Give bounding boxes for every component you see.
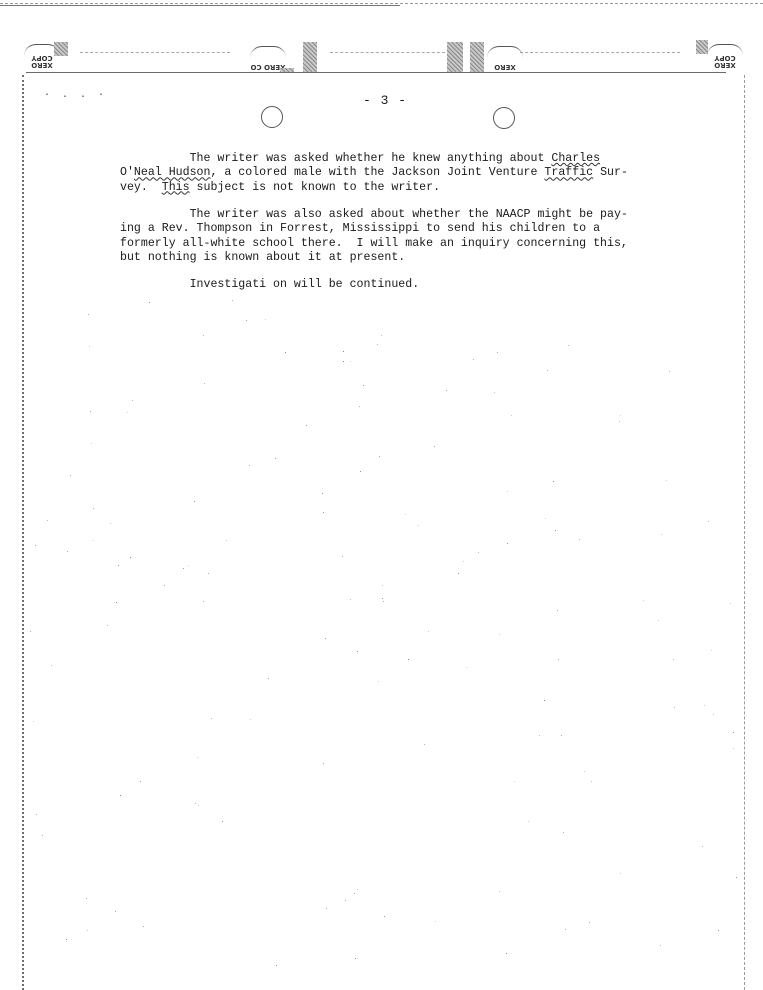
scan-speck xyxy=(661,534,662,535)
underlined-text: Charles xyxy=(551,152,600,165)
scan-speck xyxy=(408,659,409,660)
scan-speck xyxy=(326,908,327,909)
scan-speck xyxy=(507,491,508,492)
scan-speck xyxy=(116,602,117,603)
text-run: The writer was asked whether he knew any… xyxy=(120,152,551,165)
stamp-shading xyxy=(54,42,68,56)
scan-speck xyxy=(591,781,592,782)
text-line: O'Neal Hudson, a colored male with the J… xyxy=(120,166,628,180)
xerox-copy-stamp-right: XERO COPY xyxy=(707,44,743,70)
text-line: formerly all-white school there. I will … xyxy=(120,237,628,251)
scan-speck xyxy=(733,732,734,733)
text-run: O' xyxy=(120,166,134,179)
scan-speck xyxy=(620,873,621,874)
scan-speck xyxy=(418,525,419,526)
scan-speck xyxy=(130,557,131,558)
scan-speck xyxy=(268,678,269,679)
text-run: subject is not known to the writer. xyxy=(190,181,440,194)
scan-speck xyxy=(381,335,382,336)
paragraph-3: Investigati on will be continued. xyxy=(120,278,419,292)
scan-speck xyxy=(249,465,250,466)
scan-speck xyxy=(120,795,121,796)
stamp-shading xyxy=(696,40,708,54)
text-line: ing a Rev. Thompson in Forrest, Mississi… xyxy=(120,222,628,236)
scan-speck xyxy=(708,521,709,522)
scan-speck xyxy=(547,370,548,371)
scan-speck xyxy=(127,412,128,413)
scan-speck xyxy=(343,361,344,362)
scan-speck xyxy=(718,930,719,931)
scan-speck xyxy=(458,573,459,574)
scan-speck xyxy=(47,520,48,521)
text-line: The writer was asked whether he knew any… xyxy=(120,152,628,166)
scan-speck xyxy=(620,415,621,416)
scan-speck xyxy=(198,805,199,806)
scan-speck xyxy=(208,573,209,574)
scan-speck xyxy=(149,302,150,303)
scan-speck xyxy=(506,953,507,954)
scan-speck xyxy=(164,585,165,586)
scan-speck xyxy=(384,916,385,917)
scan-speck xyxy=(711,650,712,651)
scan-speck xyxy=(730,603,731,604)
scan-speck xyxy=(322,493,323,494)
scan-speck xyxy=(143,926,144,927)
scan-speck xyxy=(355,958,356,959)
scan-speck xyxy=(545,518,546,519)
scan-speck xyxy=(350,361,351,362)
header-marks: · . . · xyxy=(44,90,107,101)
text-run: ing a Rev. Thompson in Forrest, Mississi… xyxy=(120,222,600,235)
scan-speck xyxy=(704,705,705,706)
scan-speck xyxy=(89,346,90,347)
scan-speck xyxy=(561,735,562,736)
scan-speck xyxy=(246,320,247,321)
scan-speck xyxy=(93,508,94,509)
scan-speck xyxy=(91,443,92,444)
scan-speck xyxy=(584,771,585,772)
scan-speck xyxy=(377,344,378,345)
scan-speck xyxy=(33,721,34,722)
scan-speck xyxy=(343,351,344,352)
scan-speck xyxy=(379,456,380,457)
document-body: The writer was asked whether he knew any… xyxy=(120,0,660,71)
underlined-text: This xyxy=(162,181,190,194)
scan-speck xyxy=(478,552,479,553)
scan-speck xyxy=(446,390,447,391)
text-run: but nothing is known about it at present… xyxy=(120,251,405,264)
scan-speck xyxy=(359,406,360,407)
scan-speck xyxy=(275,458,276,459)
scan-speck xyxy=(558,659,559,660)
text-run: formerly all-white school there. I will … xyxy=(120,237,628,250)
scan-speck xyxy=(203,335,204,336)
scan-speck xyxy=(736,877,737,878)
scan-speck xyxy=(30,631,31,632)
scan-speck xyxy=(197,757,198,758)
right-margin-border xyxy=(744,75,745,990)
header-rule xyxy=(26,72,726,73)
scan-speck xyxy=(497,352,498,353)
scan-speck xyxy=(733,748,734,749)
scan-speck xyxy=(363,385,364,386)
scan-speck xyxy=(555,530,556,531)
scan-speck xyxy=(222,821,223,822)
underlined-text: Neal Hudson xyxy=(134,166,211,179)
scan-speck xyxy=(342,556,343,557)
scan-speck xyxy=(325,638,326,639)
scan-speck xyxy=(643,600,644,601)
scan-speck xyxy=(285,352,286,353)
scan-speck xyxy=(115,911,116,912)
scan-speck xyxy=(378,681,379,682)
scan-speck xyxy=(323,512,324,513)
scan-speck xyxy=(42,835,43,836)
scan-speck xyxy=(183,568,184,569)
scan-speck xyxy=(110,523,111,524)
scan-speck xyxy=(539,735,540,736)
scan-speck xyxy=(702,846,703,847)
text-line: vey. This subject is not known to the wr… xyxy=(120,181,628,195)
scan-speck xyxy=(188,565,189,566)
text-run: , a colored male with the Jackson Joint … xyxy=(210,166,544,179)
scan-speck xyxy=(579,539,580,540)
scan-speck xyxy=(194,501,195,502)
scan-speck xyxy=(203,601,204,602)
text-run: Sur- xyxy=(593,166,628,179)
scan-speck xyxy=(660,945,661,946)
page-number: - 3 - xyxy=(363,93,407,108)
scan-speck xyxy=(211,718,212,719)
scan-speck xyxy=(511,415,512,416)
scan-speck xyxy=(565,929,566,930)
paragraph-2: The writer was also asked about whether … xyxy=(120,208,628,265)
scan-speck xyxy=(306,425,307,426)
scan-speck xyxy=(669,371,670,372)
scan-speck xyxy=(544,700,545,701)
scan-speck xyxy=(568,345,569,346)
scan-speck xyxy=(619,421,620,422)
text-line: but nothing is known about it at present… xyxy=(120,251,628,265)
paragraph-1: The writer was asked whether he knew any… xyxy=(120,152,628,195)
scan-speck xyxy=(36,814,37,815)
scan-speck xyxy=(424,744,425,745)
scan-speck xyxy=(51,665,52,666)
scan-speck xyxy=(118,565,119,566)
scan-speck xyxy=(86,898,87,899)
scan-speck xyxy=(658,620,659,621)
text-run: The writer was also asked about whether … xyxy=(120,208,628,221)
scan-speck xyxy=(434,446,435,447)
scan-speck xyxy=(87,930,88,931)
scan-speck xyxy=(553,481,554,482)
scan-speck xyxy=(499,634,500,635)
scan-speck xyxy=(382,598,383,599)
scan-speck xyxy=(666,480,667,481)
scan-speck xyxy=(265,319,266,320)
text-line: The writer was also asked about whether … xyxy=(120,208,628,222)
scan-speck xyxy=(674,707,675,708)
scan-speck xyxy=(226,540,227,541)
scan-speck xyxy=(232,300,233,301)
scan-speck xyxy=(204,383,205,384)
scan-speck xyxy=(70,475,71,476)
punch-hole-right xyxy=(493,107,515,129)
scan-speck xyxy=(557,610,558,611)
scan-speck xyxy=(383,601,384,602)
scan-speck xyxy=(494,392,495,393)
scan-speck xyxy=(435,921,436,922)
scan-speck xyxy=(473,359,474,360)
scan-speck xyxy=(382,585,383,586)
scan-speck xyxy=(514,781,515,782)
scan-speck xyxy=(507,543,508,544)
text-run: vey. xyxy=(120,181,162,194)
scan-speck xyxy=(323,763,324,764)
scan-speck xyxy=(140,781,141,782)
scan-speck xyxy=(466,667,467,668)
scan-speck xyxy=(66,939,67,940)
scan-speck xyxy=(357,889,358,890)
scan-speck xyxy=(589,922,590,923)
underlined-text: Traffic xyxy=(544,166,593,179)
scan-speck xyxy=(357,651,358,652)
scan-speck xyxy=(528,821,529,822)
left-margin-border xyxy=(22,75,24,990)
scan-speck xyxy=(499,891,500,892)
scan-speck xyxy=(107,625,108,626)
scan-speck xyxy=(673,659,674,660)
text-line: Investigati on will be continued. xyxy=(120,278,419,292)
scan-speck xyxy=(713,714,714,715)
scan-speck xyxy=(405,514,406,515)
punch-hole-left xyxy=(261,106,283,128)
scan-speck xyxy=(428,631,429,632)
scan-speck xyxy=(35,545,36,546)
scan-speck xyxy=(195,803,196,804)
scan-speck xyxy=(360,471,361,472)
document-page: XERO COPY XERO CO XERO XERO COPY · . . ·… xyxy=(0,0,763,990)
scan-speck xyxy=(90,411,91,412)
scan-speck xyxy=(354,893,355,894)
scan-speck xyxy=(93,540,94,541)
scan-speck xyxy=(563,832,564,833)
scan-speck xyxy=(250,719,251,720)
scan-speck xyxy=(345,900,346,901)
scan-speck xyxy=(350,599,351,600)
scan-speck xyxy=(463,561,464,562)
scan-speck xyxy=(132,400,133,401)
scan-speck xyxy=(276,965,277,966)
scan-speck xyxy=(88,314,89,315)
scan-speck xyxy=(67,551,68,552)
text-run: Investigati on will be continued. xyxy=(120,278,419,291)
